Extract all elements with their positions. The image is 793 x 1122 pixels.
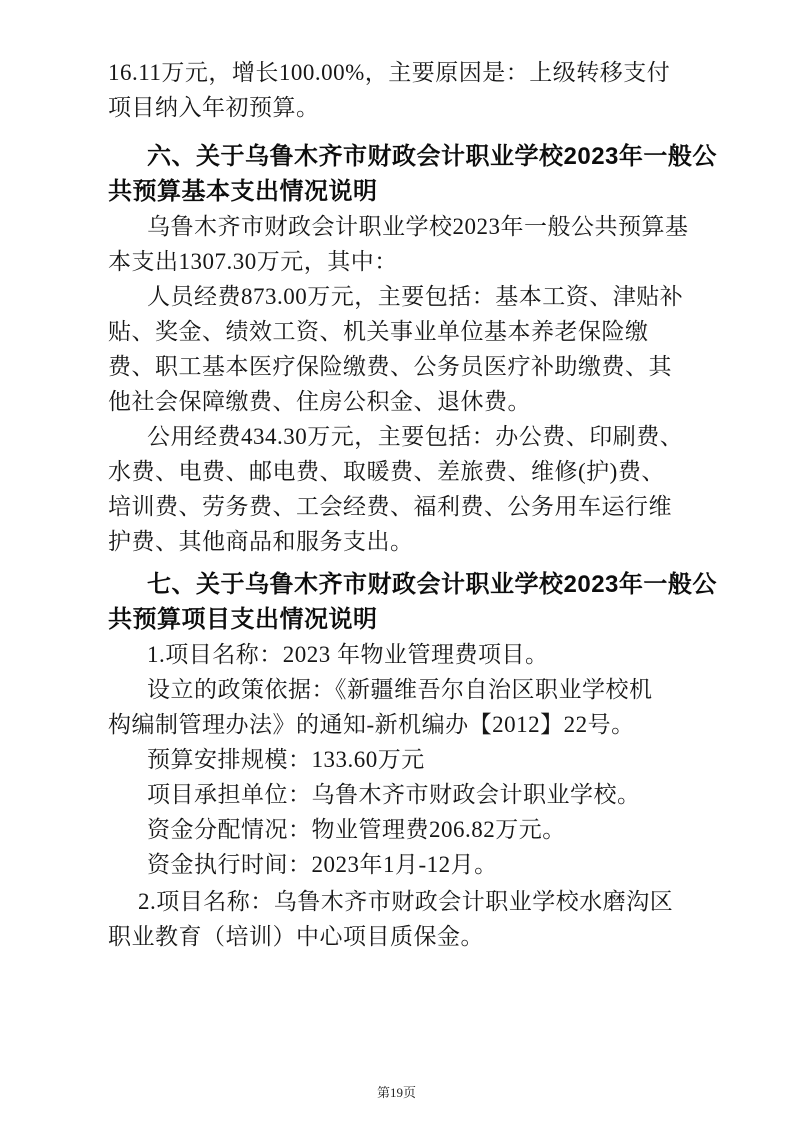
section-heading-7-cont: 共预算项目支出情况说明 <box>108 605 693 640</box>
section-heading-7: 七、关于乌鲁木齐市财政会计职业学校2023年一般公 <box>108 570 693 605</box>
page-number: 第19页 <box>0 1082 793 1101</box>
text-line: 培训费、劳务费、工会经费、福利费、公务用车运行维 <box>108 492 693 527</box>
document-body: 16.11万元，增长100.00%，主要原因是：上级转移支付 项目纳入年初预算。… <box>108 58 693 957</box>
fund-allocation-line: 资金分配情况：物业管理费206.82万元。 <box>108 815 693 850</box>
text-line: 乌鲁木齐市财政会计职业学校2023年一般公共预算基 <box>108 212 693 247</box>
text-line: 他社会保障缴费、住房公积金、退休费。 <box>108 387 693 422</box>
document-page: 16.11万元，增长100.00%，主要原因是：上级转移支付 项目纳入年初预算。… <box>0 0 793 1122</box>
project-2-name: 2.项目名称：乌鲁木齐市财政会计职业学校水磨沟区 <box>108 887 693 922</box>
text-line: 构编制管理办法》的通知-新机编办【2012】22号。 <box>108 710 693 745</box>
text-line: 贴、奖金、绩效工资、机关事业单位基本养老保险缴 <box>108 317 693 352</box>
text-line: 公用经费434.30万元，主要包括：办公费、印刷费、 <box>108 422 693 457</box>
budget-scale-line: 预算安排规模：133.60万元 <box>108 745 693 780</box>
text-line: 本支出1307.30万元，其中： <box>108 247 693 282</box>
section-heading-6-cont: 共预算基本支出情况说明 <box>108 177 693 212</box>
text-line: 16.11万元，增长100.00%，主要原因是：上级转移支付 <box>108 58 693 93</box>
text-line: 项目纳入年初预算。 <box>108 93 693 128</box>
project-unit-line: 项目承担单位：乌鲁木齐市财政会计职业学校。 <box>108 780 693 815</box>
text-line: 护费、其他商品和服务支出。 <box>108 527 693 562</box>
text-line: 人员经费873.00万元，主要包括：基本工资、津贴补 <box>108 282 693 317</box>
text-line: 职业教育（培训）中心项目质保金。 <box>108 922 693 957</box>
text-line: 设立的政策依据：《新疆维吾尔自治区职业学校机 <box>108 675 693 710</box>
section-heading-6: 六、关于乌鲁木齐市财政会计职业学校2023年一般公 <box>108 142 693 177</box>
fund-period-line: 资金执行时间：2023年1月-12月。 <box>108 850 693 885</box>
project-1-name: 1.项目名称：2023 年物业管理费项目。 <box>108 640 693 675</box>
text-line: 水费、电费、邮电费、取暖费、差旅费、维修(护)费、 <box>108 457 693 492</box>
text-line: 费、职工基本医疗保险缴费、公务员医疗补助缴费、其 <box>108 352 693 387</box>
